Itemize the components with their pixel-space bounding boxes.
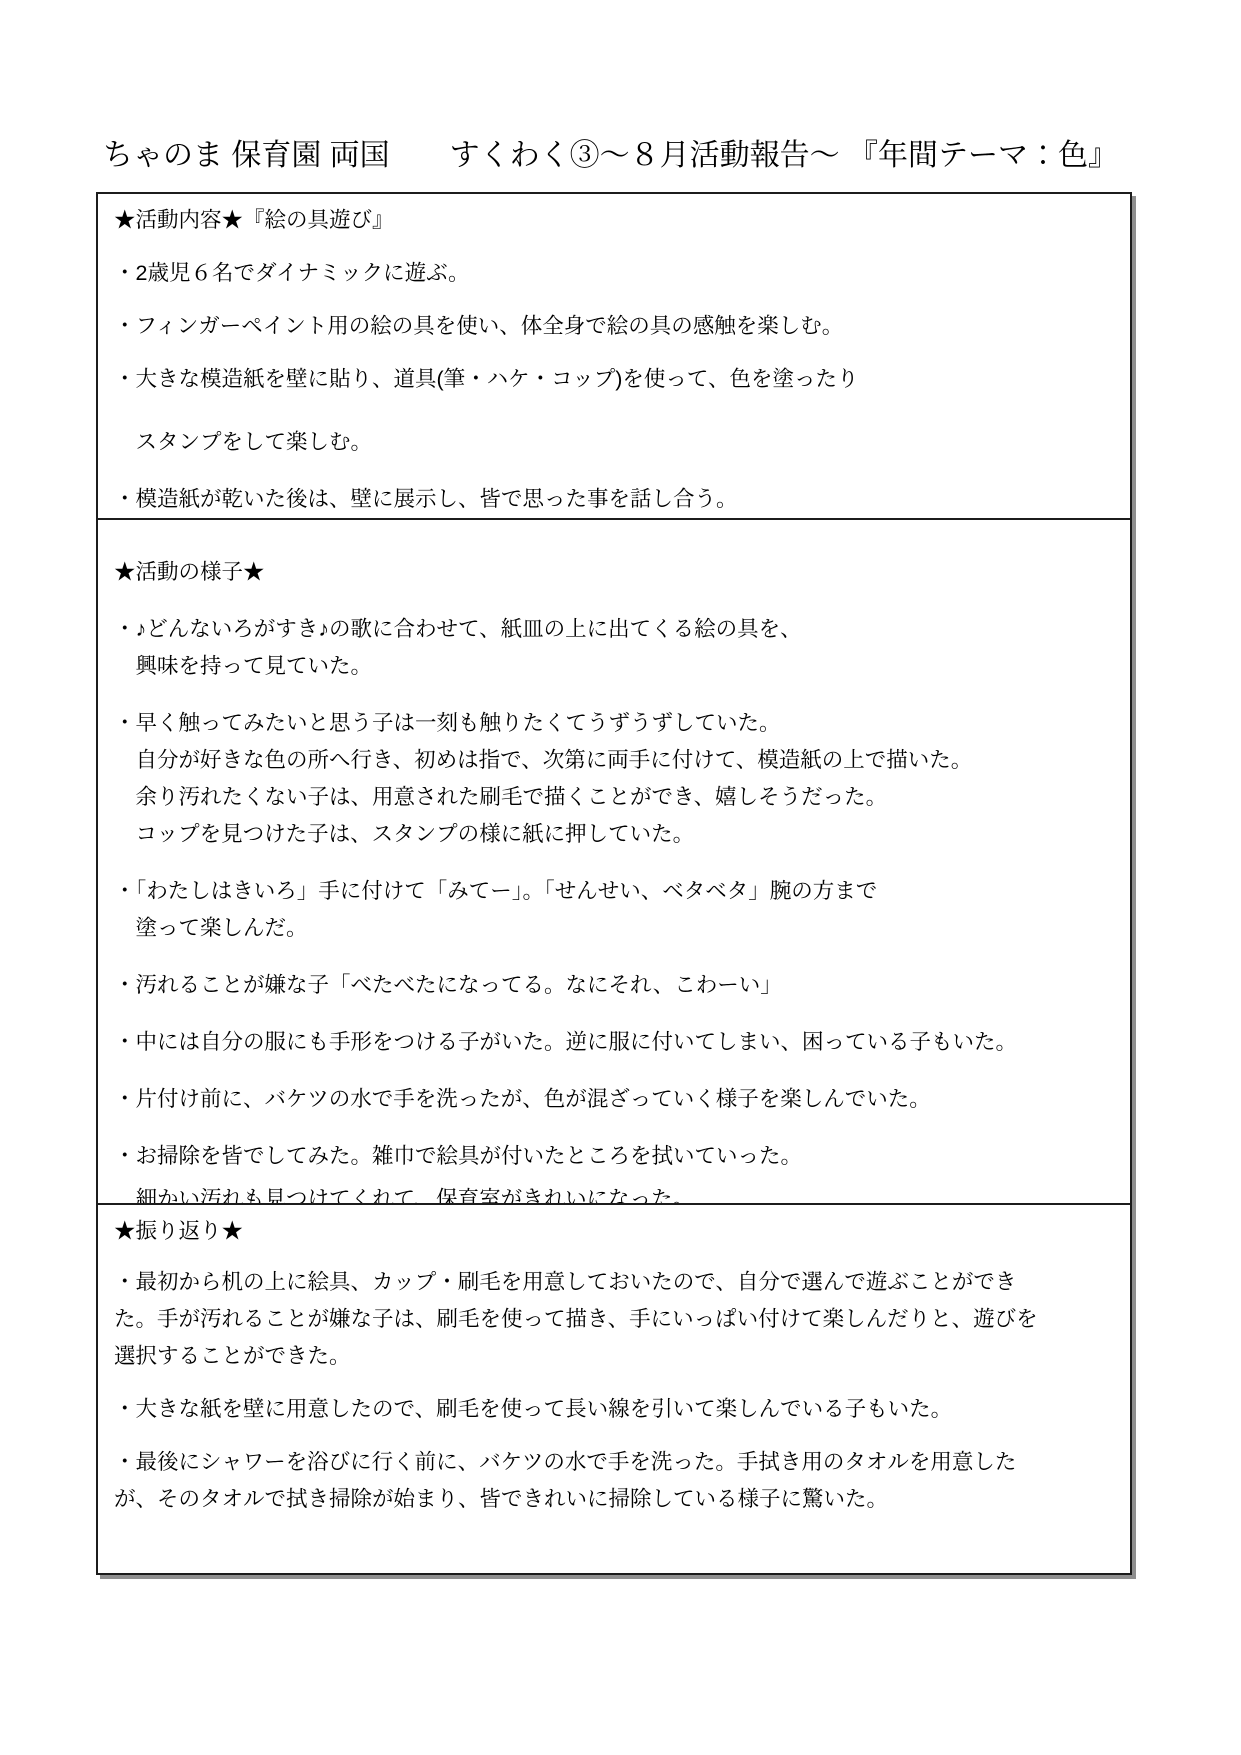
bullet-item: ・♪どんないろがすき♪の歌に合わせて、紙皿の上に出てくる絵の具を、 興味を持って… [114, 611, 1114, 685]
bullet-item: ・最後にシャワーを浴びに行く前に、バケツの水で手を洗った。手拭き用のタオルを用意… [114, 1444, 1114, 1518]
bullet-line: が、そのタオルで拭き掃除が始まり、皆できれいに掃除している様子に驚いた。 [114, 1481, 1114, 1518]
section-header: ★活動内容★『絵の具遊び』 [114, 202, 1114, 239]
bullet-line: ・「わたしはきいろ」手に付けて「みてー」。「せんせい、ベタベタ」腕の方まで [114, 873, 1114, 910]
bullet-item: ・大きな紙を壁に用意したので、刷毛を使って長い線を引いて楽しんでいる子もいた。 [114, 1391, 1114, 1428]
section-reflection: ★振り返り★ ・最初から机の上に絵具、カップ・刷毛を用意しておいたので、自分で選… [98, 1203, 1130, 1573]
bullet-line: 細かい汚れも見つけてくれて、保育室がきれいになった。 [114, 1181, 1114, 1203]
bullet-line: 塗って楽しんだ。 [114, 910, 1114, 947]
section-activity-scene: ★活動の様子★ ・♪どんないろがすき♪の歌に合わせて、紙皿の上に出てくる絵の具を… [98, 518, 1130, 1203]
bullet-line: 選択することができた。 [114, 1338, 1114, 1375]
report-table: ★活動内容★『絵の具遊び』 ・2歳児６名でダイナミックに遊ぶ。 ・フィンガーペイ… [96, 192, 1132, 1575]
bullet-item: ・2歳児６名でダイナミックに遊ぶ。 [114, 255, 1114, 292]
bullet-item: ・早く触ってみたいと思う子は一刻も触りたくてうずうずしていた。 自分が好きな色の… [114, 705, 1114, 853]
bullet-line: 自分が好きな色の所へ行き、初めは指で、次第に両手に付けて、模造紙の上で描いた。 [114, 742, 1114, 779]
bullet-line: 余り汚れたくない子は、用意された刷毛で描くことができ、嬉しそうだった。 [114, 779, 1114, 816]
bullet-item: ・模造紙が乾いた後は、壁に展示し、皆で思った事を話し合う。 [114, 481, 1114, 518]
bullet-line: ・模造紙が乾いた後は、壁に展示し、皆で思った事を話し合う。 [114, 481, 1114, 518]
bullet-line: ・大きな紙を壁に用意したので、刷毛を使って長い線を引いて楽しんでいる子もいた。 [114, 1391, 1114, 1428]
section-header: ★活動の様子★ [114, 554, 1114, 591]
document-page: ちゃのま 保育園 両国 すくわく③～８月活動報告～ 『年間テーマ：色』 ★活動内… [0, 0, 1241, 1755]
document-title: ちゃのま 保育園 両国 すくわく③～８月活動報告～ 『年間テーマ：色』 [103, 136, 1118, 176]
bullet-line: ・最後にシャワーを浴びに行く前に、バケツの水で手を洗った。手拭き用のタオルを用意… [114, 1444, 1114, 1481]
bullet-line: ・フィンガーペイント用の絵の具を使い、体全身で絵の具の感触を楽しむ。 [114, 308, 1114, 345]
bullet-item: ・最初から机の上に絵具、カップ・刷毛を用意しておいたので、自分で選んで遊ぶことが… [114, 1264, 1114, 1375]
bullet-item: ・お掃除を皆でしてみた。雑巾で絵具が付いたところを拭いていった。 細かい汚れも見… [114, 1138, 1114, 1203]
bullet-line: 興味を持って見ていた。 [114, 648, 1114, 685]
bullet-line: ・最初から机の上に絵具、カップ・刷毛を用意しておいたので、自分で選んで遊ぶことが… [114, 1264, 1114, 1301]
bullet-line: ・2歳児６名でダイナミックに遊ぶ。 [114, 255, 1114, 292]
section-activity-content: ★活動内容★『絵の具遊び』 ・2歳児６名でダイナミックに遊ぶ。 ・フィンガーペイ… [98, 194, 1130, 518]
bullet-item: ・フィンガーペイント用の絵の具を使い、体全身で絵の具の感触を楽しむ。 [114, 308, 1114, 345]
bullet-line: ・汚れることが嫌な子「べたべたになってる。なにそれ、こわーい」 [114, 967, 1114, 1004]
bullet-item: ・「わたしはきいろ」手に付けて「みてー」。「せんせい、ベタベタ」腕の方まで 塗っ… [114, 873, 1114, 947]
bullet-line: ・お掃除を皆でしてみた。雑巾で絵具が付いたところを拭いていった。 [114, 1138, 1114, 1175]
bullet-line: ・片付け前に、バケツの水で手を洗ったが、色が混ざっていく様子を楽しんでいた。 [114, 1081, 1114, 1118]
bullet-line: スタンプをして楽しむ。 [114, 424, 1114, 461]
bullet-line: コップを見つけた子は、スタンプの様に紙に押していた。 [114, 816, 1114, 853]
bullet-item: ・片付け前に、バケツの水で手を洗ったが、色が混ざっていく様子を楽しんでいた。 [114, 1081, 1114, 1118]
bullet-line: た。手が汚れることが嫌な子は、刷毛を使って描き、手にいっぱい付けて楽しんだりと、… [114, 1301, 1114, 1338]
bullet-line: ・早く触ってみたいと思う子は一刻も触りたくてうずうずしていた。 [114, 705, 1114, 742]
bullet-line: ・♪どんないろがすき♪の歌に合わせて、紙皿の上に出てくる絵の具を、 [114, 611, 1114, 648]
bullet-line: ・中には自分の服にも手形をつける子がいた。逆に服に付いてしまい、困っている子もい… [114, 1024, 1114, 1061]
bullet-line: ・大きな模造紙を壁に貼り、道具(筆・ハケ・コップ)を使って、色を塗ったり [114, 361, 1114, 398]
bullet-item: ・大きな模造紙を壁に貼り、道具(筆・ハケ・コップ)を使って、色を塗ったり スタン… [114, 361, 1114, 461]
bullet-item: ・中には自分の服にも手形をつける子がいた。逆に服に付いてしまい、困っている子もい… [114, 1024, 1114, 1061]
bullet-item: ・汚れることが嫌な子「べたべたになってる。なにそれ、こわーい」 [114, 967, 1114, 1004]
section-header: ★振り返り★ [114, 1213, 1114, 1250]
